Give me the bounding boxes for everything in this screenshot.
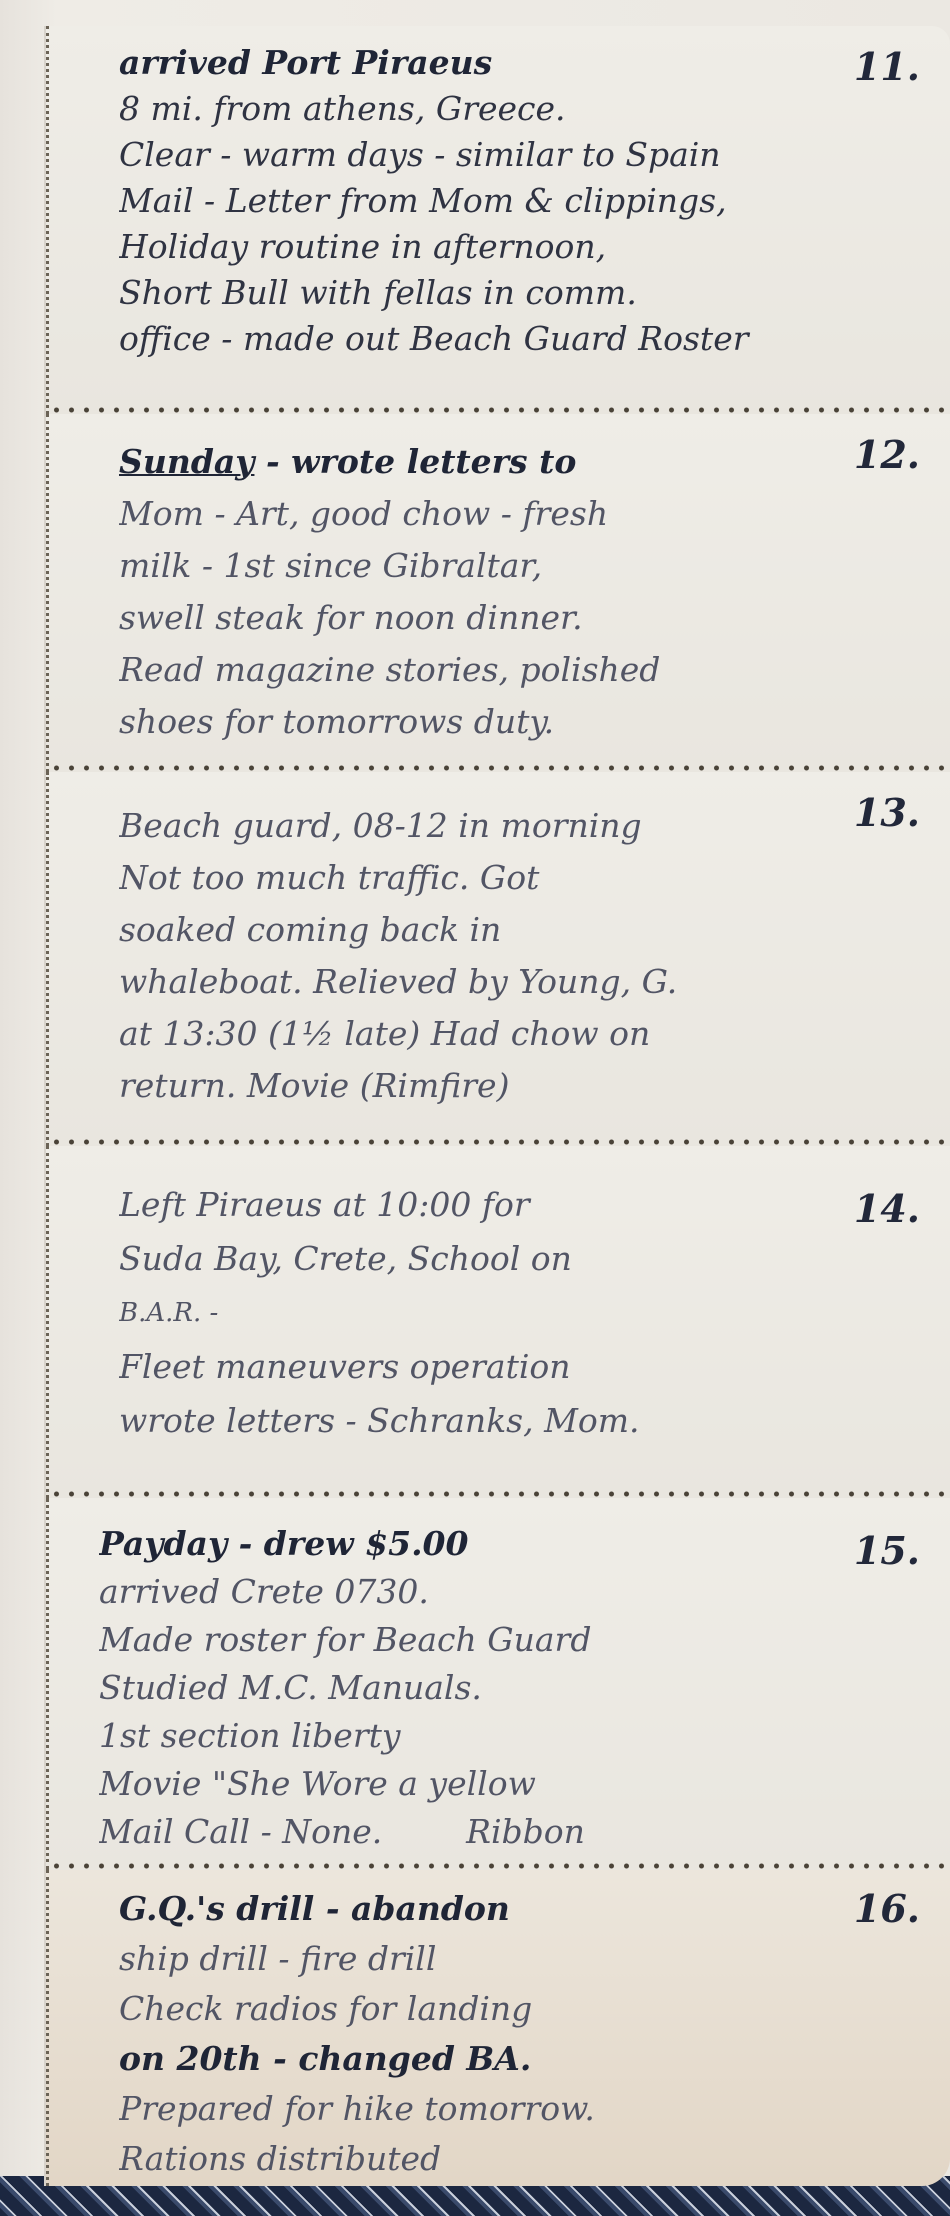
entry-line: Fleet maneuvers operation (119, 1340, 926, 1394)
perforation-line (49, 406, 950, 414)
entry-line-rest: - wrote letters to (254, 442, 576, 481)
entry-line: Holiday routine in afternoon, (119, 224, 926, 270)
entry-line: Left Piraeus at 10:00 for (119, 1178, 926, 1232)
entry-line: Mail Call - None. Ribbon (99, 1808, 926, 1856)
entry-line: shoes for tomorrows duty. (119, 696, 926, 748)
diary-entry-11: 11. arrived Port Piraeus 8 mi. from athe… (46, 26, 950, 414)
entry-line: B.A.R. - (119, 1286, 926, 1340)
entry-line: Studied M.C. Manuals. (99, 1664, 926, 1712)
entry-text: Payday - drew $5.00 arrived Crete 0730. … (99, 1520, 926, 1856)
entry-text: arrived Port Piraeus 8 mi. from athens, … (119, 40, 926, 362)
entry-text: Beach guard, 08-12 in morning Not too mu… (119, 800, 926, 1112)
diary-entry-13: 13. Beach guard, 08-12 in morning Not to… (46, 772, 950, 1146)
perforation-line (49, 1138, 950, 1146)
entry-text: Sunday - wrote letters to Mom - Art, goo… (119, 436, 926, 748)
entry-line: whaleboat. Relieved by Young, G. (119, 956, 926, 1008)
entry-line: milk - 1st since Gibraltar, (119, 540, 926, 592)
diary-entry-14: 14. Left Piraeus at 10:00 for Suda Bay, … (46, 1146, 950, 1498)
entry-line: Payday - drew $5.00 (99, 1520, 926, 1568)
entry-line: Rations distributed (119, 2134, 926, 2184)
entry-line: G.Q.'s drill - abandon (119, 1884, 926, 1934)
diary-entry-15: 15. Payday - drew $5.00 arrived Crete 07… (46, 1498, 950, 1870)
entry-text: G.Q.'s drill - abandon ship drill - fire… (119, 1884, 926, 2184)
entry-line: arrived Crete 0730. (99, 1568, 926, 1616)
entry-line: ship drill - fire drill (119, 1934, 926, 1984)
perforation-line (49, 1862, 950, 1870)
entry-line: 8 mi. from athens, Greece. (119, 86, 926, 132)
entry-line: arrived Port Piraeus (119, 40, 926, 86)
diary-entry-16: 16. G.Q.'s drill - abandon ship drill - … (46, 1870, 950, 2186)
entry-line: Prepared for hike tomorrow. (119, 2084, 926, 2134)
entry-text: Left Piraeus at 10:00 for Suda Bay, Cret… (119, 1178, 926, 1448)
entry-line: 1st section liberty (99, 1712, 926, 1760)
sunday-label: Sunday (119, 442, 254, 481)
diary-entry-12: 12. Sunday - wrote letters to Mom - Art,… (46, 414, 950, 772)
entry-line: soaked coming back in (119, 904, 926, 956)
entry-line: Movie "She Wore a yellow (99, 1760, 926, 1808)
entry-line: office - made out Beach Guard Roster (119, 316, 926, 362)
entry-line: Mail - Letter from Mom & clippings, (119, 178, 926, 224)
perforation-line (49, 1490, 950, 1498)
entry-line: at 13:30 (1½ late) Had chow on (119, 1008, 926, 1060)
entry-line: on 20th - changed BA. (119, 2034, 926, 2084)
entry-line: Suda Bay, Crete, School on (119, 1232, 926, 1286)
entry-line: Clear - warm days - similar to Spain (119, 132, 926, 178)
entry-line: Made roster for Beach Guard (99, 1616, 926, 1664)
entry-line: wrote letters - Schranks, Mom. (119, 1394, 926, 1448)
entry-line: Check radios for landing (119, 1984, 926, 2034)
entry-line: Sunday - wrote letters to (119, 436, 926, 488)
perforation-line (49, 764, 950, 772)
entry-line: return. Movie (Rimfire) (119, 1060, 926, 1112)
entry-line: Short Bull with fellas in comm. (119, 270, 926, 316)
entry-line: Not too much traffic. Got (119, 852, 926, 904)
entry-line: Beach guard, 08-12 in morning (119, 800, 926, 852)
entry-line: Read magazine stories, polished (119, 644, 926, 696)
entry-line: Mom - Art, good chow - fresh (119, 488, 926, 540)
diary-notebook: 11. arrived Port Piraeus 8 mi. from athe… (46, 26, 950, 2186)
entry-line: swell steak for noon dinner. (119, 592, 926, 644)
